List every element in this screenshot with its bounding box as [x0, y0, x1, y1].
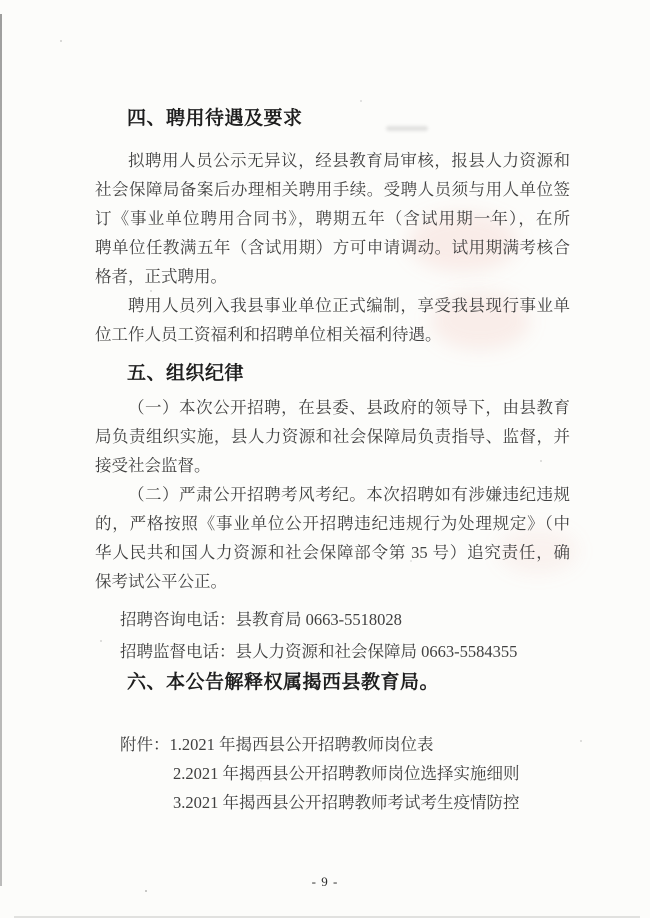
- paragraph-line: 格者，正式聘用。: [95, 262, 570, 291]
- section-4-paragraph-2: 聘用人员列入我县事业单位正式编制，享受我县现行事业单 位工作人员工资福利和招聘单…: [95, 291, 570, 349]
- scanned-document-page: 四、聘用待遇及要求 拟聘用人员公示无异议，经县教育局审核，报县人力资源和 社会保…: [0, 0, 650, 918]
- paragraph-line: （二）严肃公开招聘考风考纪。本次招聘如有涉嫌违纪违规: [95, 480, 570, 509]
- supervise-phone-line: 招聘监督电话：县人力资源和社会保障局 0663-5584355: [120, 636, 570, 668]
- paragraph-line: 局负责组织实施，县人力资源和社会保障局负责指导、监督，并: [95, 422, 570, 451]
- paragraph-line: 聘用人员列入我县事业单位正式编制，享受我县现行事业单: [95, 291, 570, 320]
- paragraph-line: 位工作人员工资福利和招聘单位相关福利待遇。: [95, 320, 570, 349]
- paragraph-line: 拟聘用人员公示无异议，经县教育局审核，报县人力资源和: [95, 146, 570, 175]
- paragraph-line: 保考试公平公正。: [95, 567, 570, 596]
- attachment-line-1: 附件：1.2021 年揭西县公开招聘教师岗位表: [120, 730, 570, 759]
- section-5-paragraph-1: （一）本次公开招聘，在县委、县政府的领导下，由县教育 局负责组织实施，县人力资源…: [95, 393, 570, 480]
- paragraph-line: （一）本次公开招聘，在县委、县政府的领导下，由县教育: [95, 393, 570, 422]
- attachment-item-2: 2.2021 年揭西县公开招聘教师岗位选择实施细则: [173, 759, 570, 788]
- section-4-heading: 四、聘用待遇及要求: [127, 106, 570, 132]
- attachment-item-1: 1.2021 年揭西县公开招聘教师岗位表: [170, 735, 434, 754]
- scan-noise-speckles: [60, 40, 62, 42]
- paragraph-line: 接受社会监督。: [95, 451, 570, 480]
- consult-phone-line: 招聘咨询电话：县教育局 0663-5518028: [120, 604, 570, 636]
- document-body: 四、聘用待遇及要求 拟聘用人员公示无异议，经县教育局审核，报县人力资源和 社会保…: [95, 106, 570, 817]
- paragraph-line: 聘单位任教满五年（含试用期）方可申请调动。试用期满考核合: [95, 233, 570, 262]
- attachment-item-3: 3.2021 年揭西县公开招聘教师考试考生疫情防控: [173, 788, 570, 817]
- contact-phones: 招聘咨询电话：县教育局 0663-5518028 招聘监督电话：县人力资源和社会…: [95, 604, 570, 668]
- scan-left-edge-artifact: [0, 14, 2, 886]
- section-4-paragraph-1: 拟聘用人员公示无异议，经县教育局审核，报县人力资源和 社会保障局备案后办理相关聘…: [95, 146, 570, 291]
- paragraph-line: 社会保障局备案后办理相关聘用手续。受聘人员须与用人单位签: [95, 175, 570, 204]
- section-5-paragraph-2: （二）严肃公开招聘考风考纪。本次招聘如有涉嫌违纪违规 的，严格按照《事业单位公开…: [95, 480, 570, 596]
- paragraph-line: 华人民共和国人力资源和社会保障部令第 35 号）追究责任，确: [95, 538, 570, 567]
- section-6-heading: 六、本公告解释权属揭西县教育局。: [127, 670, 570, 696]
- page-number: - 9 -: [0, 874, 650, 890]
- attachments-block: 附件：1.2021 年揭西县公开招聘教师岗位表 2.2021 年揭西县公开招聘教…: [95, 730, 570, 817]
- attachments-label: 附件：: [120, 735, 170, 754]
- paragraph-line: 的，严格按照《事业单位公开招聘违纪违规行为处理规定》（中: [95, 509, 570, 538]
- paragraph-line: 订《事业单位聘用合同书》，聘期五年（含试用期一年），在所: [95, 204, 570, 233]
- section-5-heading: 五、组织纪律: [127, 361, 570, 387]
